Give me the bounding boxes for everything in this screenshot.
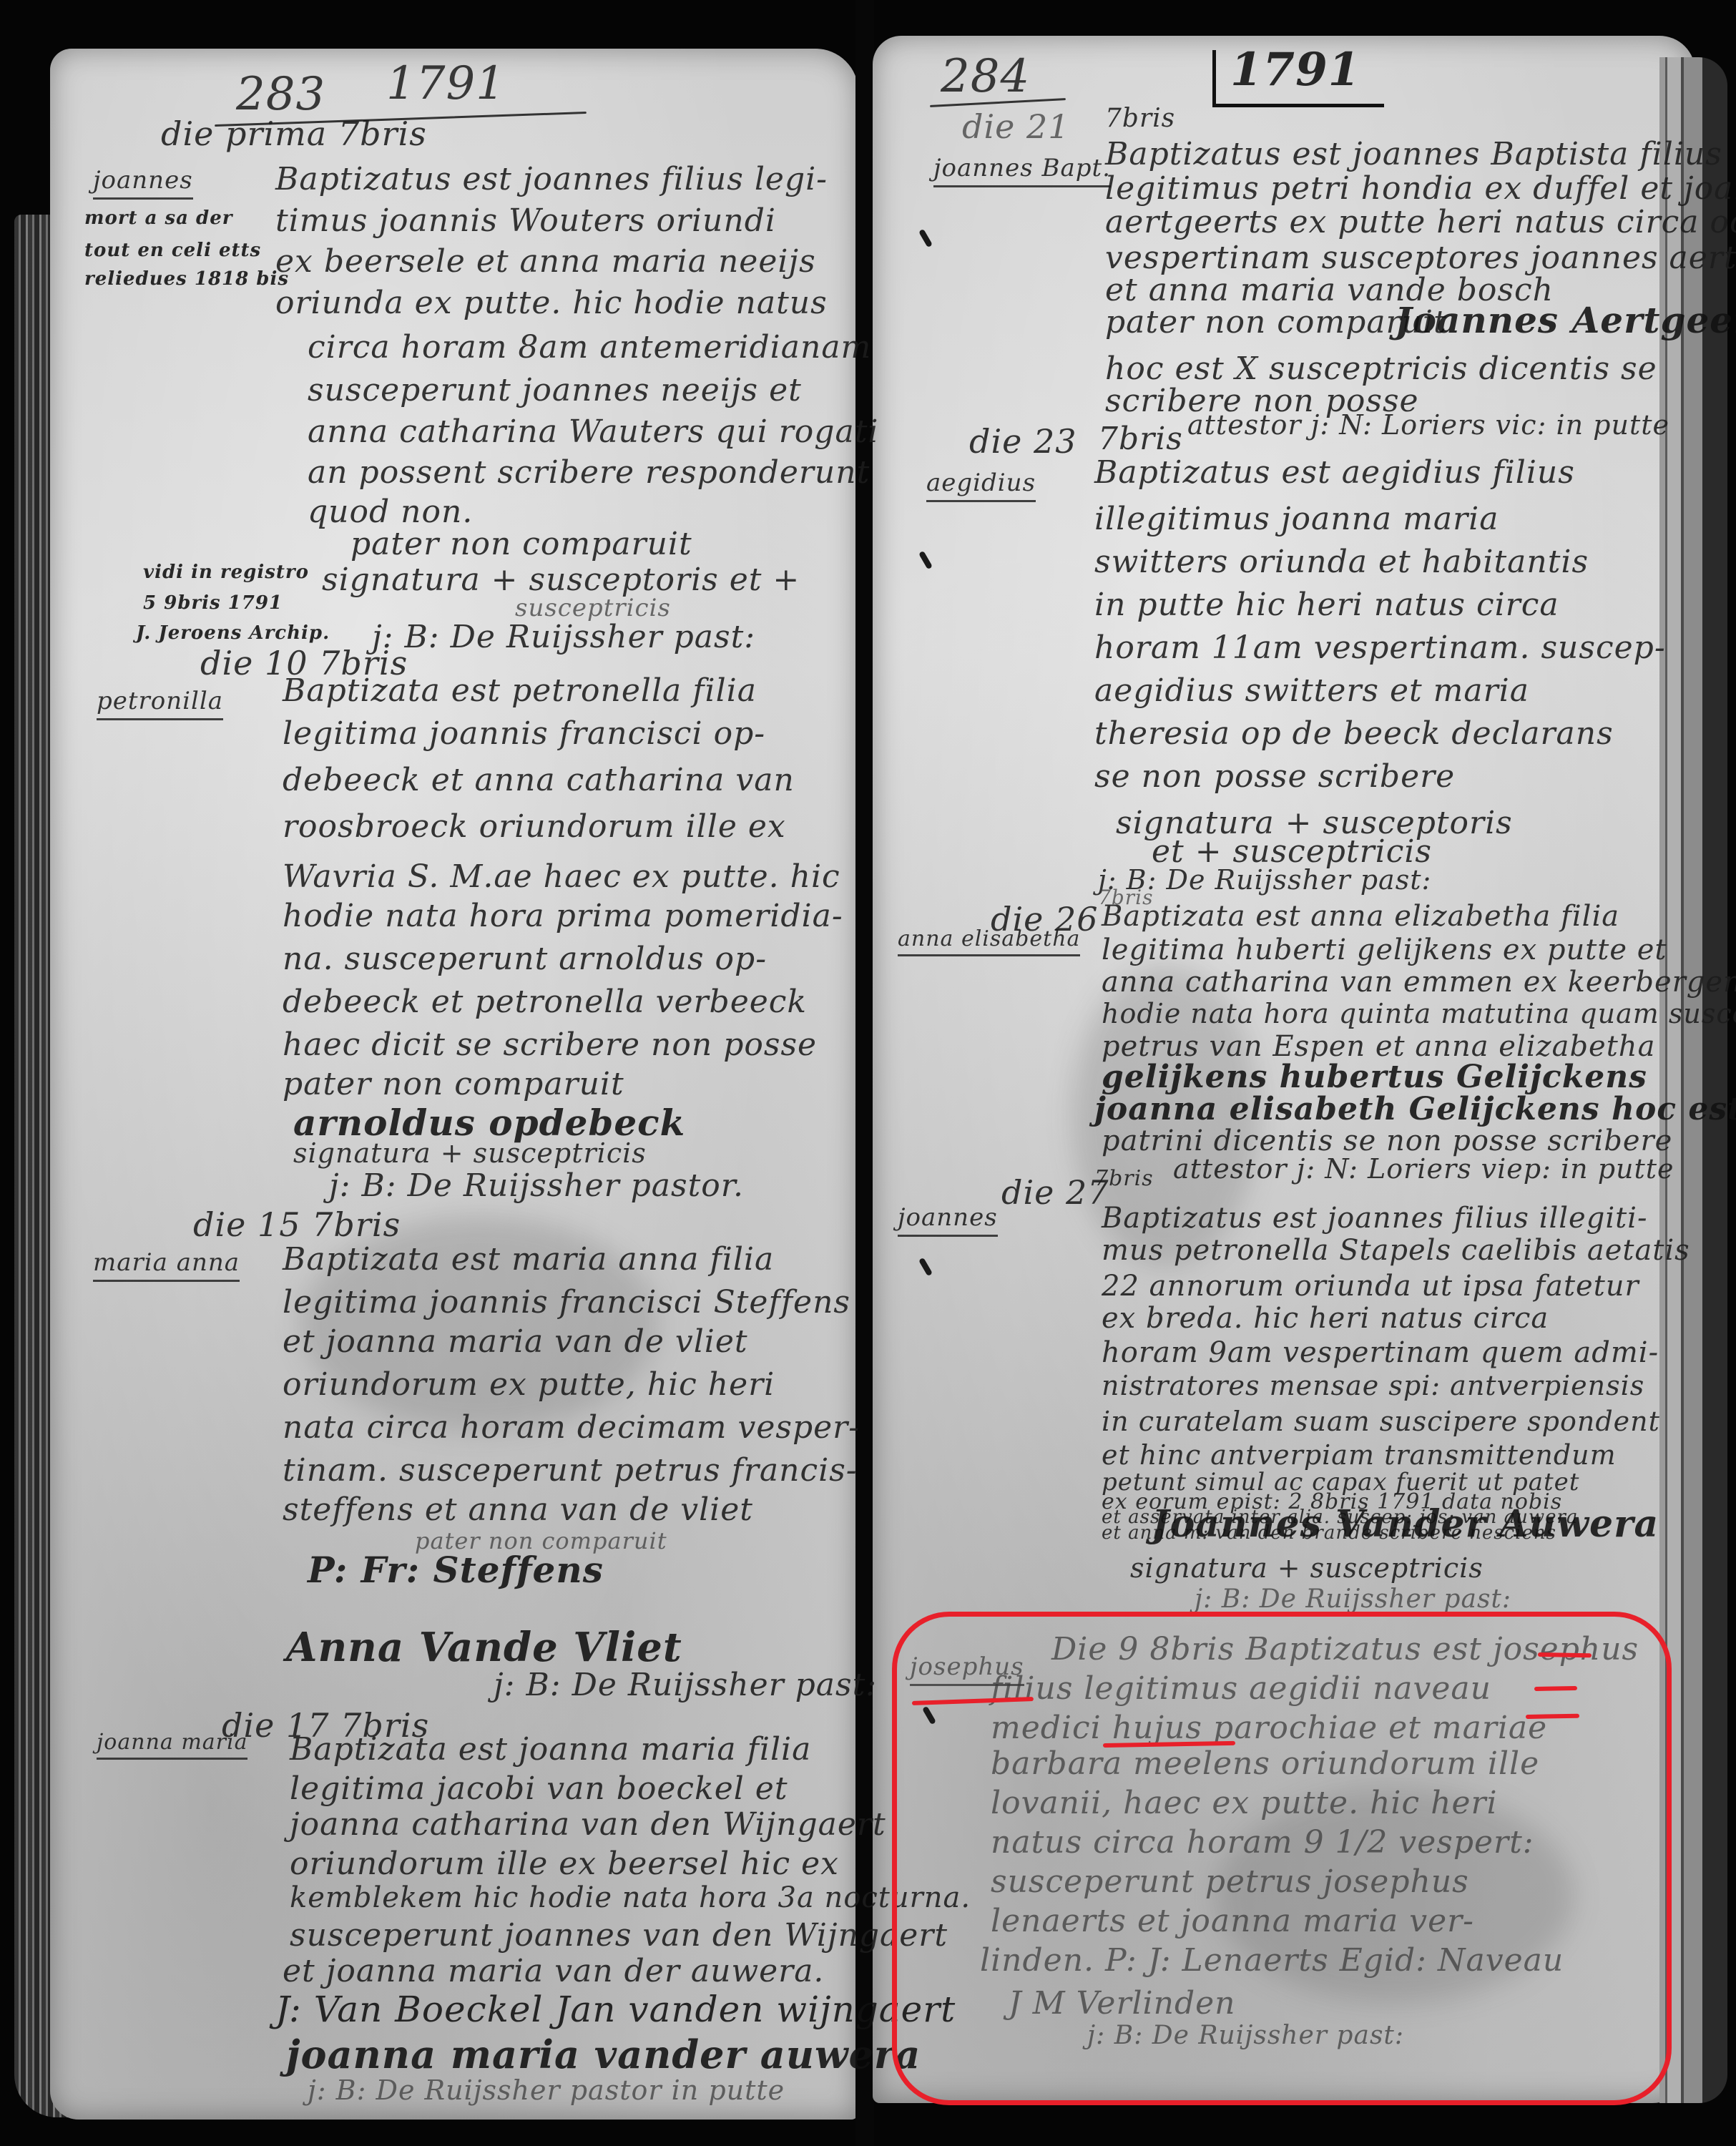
entry-line: et joanna maria van de vliet	[283, 1323, 748, 1360]
entry-line: se non posse scribere	[1094, 758, 1455, 795]
entry-line: in putte hic heri natus circa	[1094, 587, 1559, 623]
entry-line: signatura + susceptricis	[1130, 1552, 1484, 1584]
entry-month: 7bris	[1094, 1166, 1154, 1191]
entry-line: legitima jacobi van boeckel et	[290, 1770, 788, 1807]
entry-line: nistratores mensae spi: antverpiensis	[1102, 1370, 1644, 1401]
margin-name: anna elisabetha	[898, 926, 1080, 956]
side-note: vidi in registro	[143, 562, 309, 583]
entry-line: hodie nata hora prima pomeridia-	[283, 898, 843, 934]
signature-godmother: joanna maria vander auwera	[286, 2032, 921, 2077]
entry-line: hoc est X susceptricis dicentis se	[1105, 351, 1657, 387]
entry-line: debeeck et anna catharina van	[283, 762, 795, 798]
entry-line: et hinc antverpiam transmittendum	[1102, 1439, 1617, 1471]
margin-note: reliedues 1818 bis	[84, 268, 289, 290]
entry-line: Wavria S. M.ae haec ex putte. hic	[283, 858, 840, 895]
entry-line: horam 11am vespertinam. suscep-	[1094, 629, 1666, 666]
entry-line: aegidius switters et maria	[1094, 672, 1529, 709]
signature-pastor: j: B: De Ruijssher pastor.	[329, 1167, 744, 1204]
entry-line: haec dicit se scribere non posse	[283, 1027, 817, 1063]
entry-line: legitima joannis francisci op-	[283, 715, 765, 752]
entry-line: vespertinam susceptores joannes aertgeer…	[1105, 240, 1736, 276]
red-underline-josephus	[1538, 1652, 1592, 1657]
entry-line: na. susceperunt arnoldus op-	[283, 941, 767, 977]
entry-line: Baptizatus est joannes filius legi-	[275, 161, 828, 197]
page-year: 1791	[1230, 43, 1360, 97]
margin-name: petronilla	[97, 687, 223, 720]
entry-line: roosbroeck oriundorum ille ex	[283, 808, 786, 845]
signature-parents: J: Van Boeckel Jan vanden wijngaert	[275, 1989, 956, 2030]
margin-name: aegidius	[926, 469, 1036, 502]
entry-line: debeeck et petronella verbeeck	[283, 984, 807, 1020]
entry-line: illegitimus joanna maria	[1094, 501, 1499, 537]
entry-line: anna catharina Wauters qui rogati	[308, 413, 878, 450]
margin-name: joanna maria	[97, 1730, 247, 1760]
entry-line: oriundorum ex putte, hic heri	[283, 1366, 775, 1403]
entry-line: kemblekem hic hodie nata hora 3a nocturn…	[290, 1881, 971, 1914]
margin-name: joannes	[898, 1203, 998, 1237]
entry-line: in curatelam suam suscipere spondent	[1102, 1406, 1660, 1437]
entry-line: theresia op de beeck declarans	[1094, 715, 1614, 752]
entry-line: timus joannis Wouters oriundi	[275, 202, 776, 239]
entry-line: ex beersele et anna maria neeijs	[275, 243, 816, 280]
margin-name: joannes	[93, 166, 193, 200]
entry-line: circa horam 8am antemeridianam	[308, 329, 871, 366]
entry-line: Baptizatus est joannes Baptista filius	[1105, 136, 1722, 172]
margin-note: tout en celi etts	[84, 240, 261, 261]
entry-month: 7bris	[1105, 104, 1175, 133]
entry-line: joanna catharina van den Wijngaert	[290, 1806, 886, 1843]
entry-line: 22 annorum oriunda ut ipsa fatetur	[1102, 1270, 1639, 1303]
margin-name: joannes Bapt.	[933, 154, 1111, 187]
entry-line: hodie nata hora quinta matutina quam sus…	[1102, 998, 1736, 1029]
entry-date: die 15 7bris	[193, 1205, 401, 1244]
entry-line: et joanna maria van der auwera.	[283, 1953, 824, 1989]
entry-line: aertgeerts ex putte heri natus circa oct…	[1105, 204, 1736, 240]
entry-line: legitimus petri hondia ex duffel et joan…	[1105, 170, 1736, 207]
signature-vicar: attestor j: N: Loriers vic: in putte	[1187, 409, 1669, 441]
signature-father: gelijkens hubertus Gelijckens	[1102, 1059, 1647, 1095]
entry-line: switters oriunda et habitantis	[1094, 544, 1589, 580]
entry-date: die 27	[1001, 1173, 1109, 1212]
signature-pastor: j: B: De Ruijssher past:	[372, 619, 755, 655]
signature-godfather: Joannes Aertgeerts	[1395, 299, 1736, 341]
signature-pastor: j: B: De Ruijssher pastor in putte	[308, 2074, 785, 2106]
margin-note: mort a sa der	[84, 207, 232, 229]
entry-line: an possent scribere responderunt	[308, 454, 870, 491]
entry-line: anna catharina van emmen ex keerbergen	[1102, 966, 1736, 999]
entry-line: Baptizatus est aegidius filius	[1094, 454, 1575, 491]
entry-line: legitima huberti gelijkens ex putte et	[1102, 934, 1667, 966]
entry-line: legitima joannis francisci Steffens	[283, 1284, 850, 1321]
entry-line: signatura + susceptoris et +	[322, 562, 800, 598]
signature-vicar: attestor j: N: Loriers viep: in putte	[1173, 1153, 1674, 1185]
entry-line: Baptizata est joanna maria filia	[290, 1731, 811, 1768]
side-note: 5 9bris 1791	[143, 592, 283, 614]
signature-godfather: Joannes Vander Auwera	[1152, 1502, 1659, 1546]
signature-godmother: Anna Vande Vliet	[286, 1624, 682, 1671]
entry-line: horam 9am vespertinam quem admi-	[1102, 1336, 1659, 1369]
entry-line: susceperunt joannes van den Wijngaert	[290, 1917, 948, 1954]
entry-line: steffens et anna van de vliet	[283, 1491, 753, 1528]
entry-line: Baptizata est maria anna filia	[283, 1241, 774, 1278]
entry-line: pater non comparuit	[350, 526, 692, 562]
red-underline-naveau	[1534, 1686, 1577, 1691]
entry-line: quod non.	[308, 494, 473, 530]
page-number: 284	[941, 50, 1030, 103]
page-number: 283	[236, 68, 325, 121]
signature-pastor: j: B: De Ruijssher past:	[494, 1667, 877, 1703]
entry-line: Baptizatus est joannes filius illegiti-	[1102, 1202, 1648, 1235]
entry-line: signatura + susceptricis	[293, 1137, 647, 1169]
entry-month: 7bris	[1098, 421, 1183, 457]
entry-line: oriunda ex putte. hic hodie natus	[275, 285, 828, 321]
signature-pastor: j: B: De Ruijssher past:	[1195, 1584, 1511, 1614]
side-note: J. Jeroens Archip.	[136, 622, 330, 644]
entry-line: susceperunt joannes neeijs et	[308, 372, 802, 408]
entry-line: ex breda. hic heri natus circa	[1102, 1302, 1549, 1335]
entry-line: Baptizata est anna elizabetha filia	[1102, 900, 1619, 933]
page-year: 1791	[386, 57, 506, 110]
entry-line: susceptricis	[515, 594, 671, 622]
entry-line: nata circa horam decimam vesper-	[283, 1409, 860, 1446]
entry-date: die prima 7bris	[161, 114, 427, 153]
signature-godmother: joanna elisabeth Gelijckens hoc est X	[1094, 1091, 1736, 1127]
margin-name: maria anna	[93, 1248, 240, 1282]
entry-line: tinam. susceperunt petrus francis-	[283, 1452, 858, 1489]
entry-line: pater non comparuit	[283, 1066, 624, 1102]
entry-line: mus petronella Stapels caelibis aetatis	[1102, 1234, 1690, 1267]
signature-godfather: P: Fr: Steffens	[308, 1549, 604, 1591]
entry-line: oriundorum ille ex beersel hic ex	[290, 1846, 839, 1882]
entry-line: Baptizata est petronella filia	[283, 672, 757, 709]
entry-date: die 23	[969, 422, 1077, 461]
entry-date: die 21	[962, 107, 1070, 146]
